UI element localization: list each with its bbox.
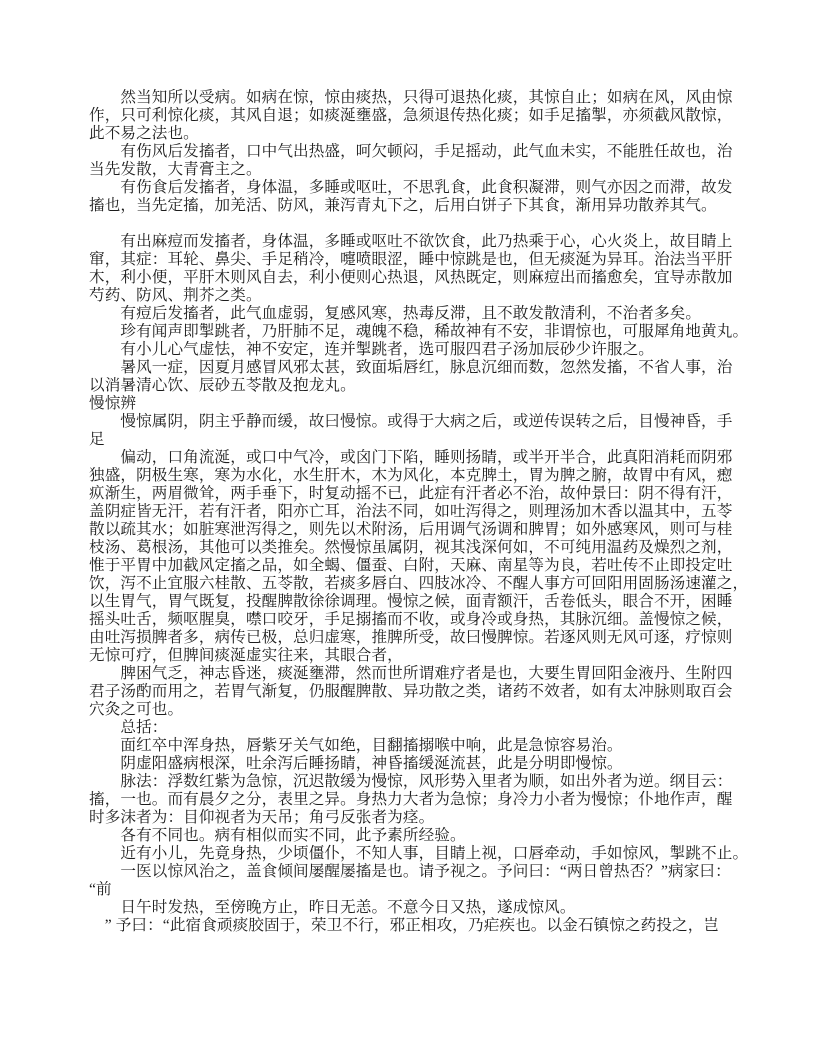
text-line: 枝汤、葛根汤，其他可以类推矣。然慢惊虽属阴，视其浅深何如，不可纯用温药及燥烈之剂… xyxy=(89,539,737,557)
text-line: ” 予曰：“此宿食顽痰胶固于，荣卫不行，邪正相攻，乃疟疾也。以金石镇惊之药投之，… xyxy=(89,917,737,935)
text-line: 由吐泻损脾者多，病传已极，总归虚寒，推脾所受，故曰慢脾惊。若逐风则无风可逐，疗惊… xyxy=(89,629,737,647)
text-line: 近有小儿，先竟身热，少顷僵仆，不知人事，目睛上视，口唇牵动，手如惊风，掣跳不止。 xyxy=(89,845,737,863)
text-line: 此不易之法也。 xyxy=(89,125,737,143)
text-line: 疭渐生，两眉微耸，两手垂下，时复动摇不已，此症有汗者必不治，故仲景曰：阴不得有汗… xyxy=(89,485,737,503)
text-line: 惟于平胃中加截风定搐之品，如全蝎、僵蚕、白附，天麻、南星等为良，若吐传不止即投定… xyxy=(89,557,737,575)
text-line: 偏动，口角流涎，或口中气冷，或囟门下陷，睡则扬睛，或半开半合，此真阳消耗而阴邪 xyxy=(89,449,737,467)
text-line: 足 xyxy=(89,431,737,449)
text-line: 脾困气乏，神志昏迷，痰涎壅滞，然而世所谓难疗者是也，大要生胃回阳金液丹、生附四 xyxy=(89,665,737,683)
text-line: 有痘后发搐者，此气血虚弱，复感风寒，热毒反滞，且不敢发散清利，不治者多矣。 xyxy=(89,305,737,323)
text-line: 当先发散，大青膏主之。 xyxy=(89,161,737,179)
text-line: 搐，一也。而有晨夕之分，表里之异。身热力大者为急惊；身冷力小者为慢惊；仆地作声，… xyxy=(89,791,737,809)
text-line: 有出麻痘而发搐者，身体温，多睡或呕吐不欲饮食，此乃热乘于心，心火炎上，故目睛上 xyxy=(89,233,737,251)
text-line: 暑风一症，因夏月感冒风邪太甚，致面垢唇红，脉息沉细而数，忽然发搐，不省人事，治 xyxy=(89,359,737,377)
text-line: “前 xyxy=(89,881,737,899)
text-line: 饮，泻不止宜服六桂散、五苓散，若痰多唇白、四肢冰冷、不醒人事方可回阳用固肠汤速灌… xyxy=(89,575,737,593)
text-line: 阴虚阳盛病根深，吐余泻后睡扬睛，神昏搐缓涎流甚，此是分明即慢惊。 xyxy=(89,755,737,773)
text-line: 摇头吐舌，频呕腥臭，噤口咬牙，手足搦搐而不收，或身冷或身热，其脉沉细。盖慢惊之候… xyxy=(89,611,737,629)
text-line: 珍有闻声即掣跳者，乃肝肺不足，魂魄不稳，稀故神有不安，非谓惊也，可服犀角地黄丸。 xyxy=(89,323,737,341)
text-line: 无惊可疗，但脾间痰涎虚实往来，其眼合者， xyxy=(89,647,737,665)
text-line: 一医以惊风治之，盖食倾间屡醒屡搐是也。请予视之。予问曰：“两日曾热否？”病家曰： xyxy=(89,863,737,881)
text-line: 独盛，阴极生寒，寒为水化，水生肝木，木为风化，本克脾土，胃为脾之腑，故胃中有风，… xyxy=(89,467,737,485)
text-line: 日午时发热，至傍晚方止，昨日无恙。不意今日又热，遂成惊风。 xyxy=(89,899,737,917)
text-line: 芍药、防风、荆芥之类。 xyxy=(89,287,737,305)
text-line: 时多沫者为：目仰视者为天吊；角弓反张者为痉。 xyxy=(89,809,737,827)
text-line: 以消暑清心饮、辰砂五苓散及抱龙丸。 xyxy=(89,377,737,395)
text-line: 各有不同也。病有相似而实不同，此予素所经验。 xyxy=(89,827,737,845)
text-line: 有小儿心气虚怯，神不安定，连并掣跳者，选可服四君子汤加辰砂少许服之。 xyxy=(89,341,737,359)
text-line: 搐也，当先定搐，加羌活、防风，兼泻青丸下之，后用白饼子下其食，渐用异功散养其气。 xyxy=(89,197,737,215)
text-line: 面红卒中浑身热，唇紫牙关气如绝，目翻搐搦喉中响，此是急惊容易治。 xyxy=(89,737,737,755)
text-line: 慢惊辨 xyxy=(89,395,737,413)
text-line: 穴灸之可也。 xyxy=(89,701,737,719)
text-line: 脉法：浮数红紫为急惊，沉迟散缓为慢惊，风形势入里者为顺，如出外者为逆。纲目云： xyxy=(89,773,737,791)
text-line: 盖阴症皆无汗，若有汗者，阳亦亡耳，治法不同，如吐泻得之，则理汤加木香以温其中，五… xyxy=(89,503,737,521)
blank-line xyxy=(89,215,737,233)
text-line: 君子汤酌而用之，若胃气渐复，仍服醒脾散、异功散之类，诸药不效者，如有太冲脉则取百… xyxy=(89,683,737,701)
text-line: 有伤食后发搐者，身体温，多睡或呕吐，不思乳食，此食积凝滞，则气亦因之而滞，故发 xyxy=(89,179,737,197)
text-line: 总括： xyxy=(89,719,737,737)
text-line: 木，利小便，平肝木则风自去，利小便则心热退，风热既定，则麻痘出而搐愈矣，宜导赤散… xyxy=(89,269,737,287)
text-line: 作，只可利惊化痰，其风自退；如痰涎壅盛，急须退传热化痰；如手足搐掣，亦须截风散惊… xyxy=(89,107,737,125)
text-line: 慢惊属阴，阴主乎静而缓，故曰慢惊。或得于大病之后，或逆传误转之后，目慢神昏，手 xyxy=(89,413,737,431)
text-line: 以生胃气，胃气既复，投醒脾散徐徐调理。慢惊之候，面青额汗，舌卷低头，眼合不开，困… xyxy=(89,593,737,611)
text-line: 有伤风后发搐者，口中气出热盛，呵欠顿闷，手足摇动，此气血未实，不能胜任故也，治 xyxy=(89,143,737,161)
text-line: 散以疏其水；如脏寒泄泻得之，则先以术附汤，后用调气汤调和脾胃；如外感寒风，则可与… xyxy=(89,521,737,539)
text-line: 窜，其症：耳轮、鼻尖、手足稍冷，嚏喷眼涩，睡中惊跳是也，但无痰涎为异耳。治法当平… xyxy=(89,251,737,269)
document-text: 然当知所以受病。如病在惊，惊由痰热，只得可退热化痰，其惊自止；如病在风，风由惊作… xyxy=(89,89,737,935)
text-line: 然当知所以受病。如病在惊，惊由痰热，只得可退热化痰，其惊自止；如病在风，风由惊 xyxy=(89,89,737,107)
document-page: 然当知所以受病。如病在惊，惊由痰热，只得可退热化痰，其惊自止；如病在风，风由惊作… xyxy=(0,0,816,1056)
